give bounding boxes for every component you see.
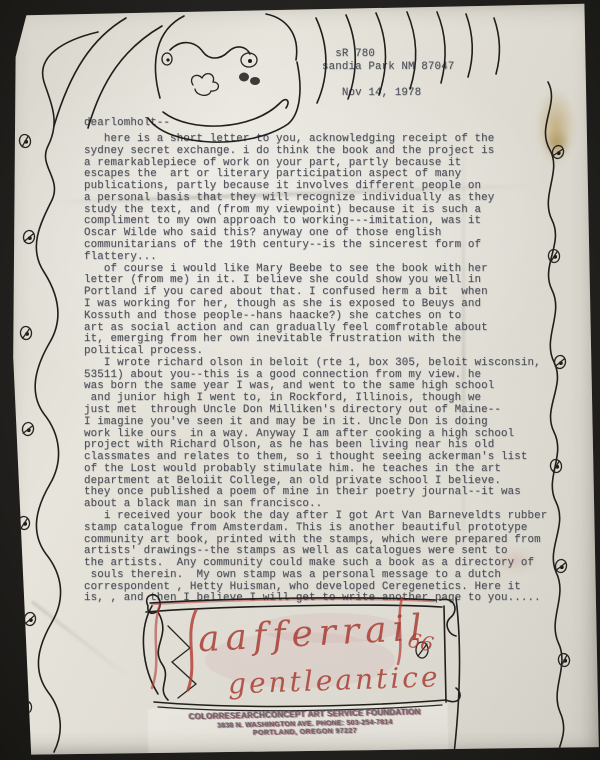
top-left-curves-doodle xyxy=(54,18,162,128)
letter-paper: sR 780 sandia Park NM 87047 Nov 14, 1978… xyxy=(0,0,600,760)
photo-background: sR 780 sandia Park NM 87047 Nov 14, 1978… xyxy=(0,0,600,760)
face-doodle xyxy=(148,14,300,142)
right-margin-wave-doodle xyxy=(545,82,570,758)
doodle-overlay: aafferrail gentleantice 66 xyxy=(0,0,600,760)
office-rubber-stamp: COLORRESEARCHCONCEPT ART SERVICE FOUNDAT… xyxy=(172,707,438,739)
stamp-script-digits: 66 xyxy=(406,628,436,657)
stamp-script-line1: aafferrail xyxy=(197,607,429,660)
arc-lines-doodle xyxy=(316,12,500,103)
stamp-script-line2: gentleantice xyxy=(228,660,442,700)
left-margin-wave-doodle xyxy=(18,32,98,752)
